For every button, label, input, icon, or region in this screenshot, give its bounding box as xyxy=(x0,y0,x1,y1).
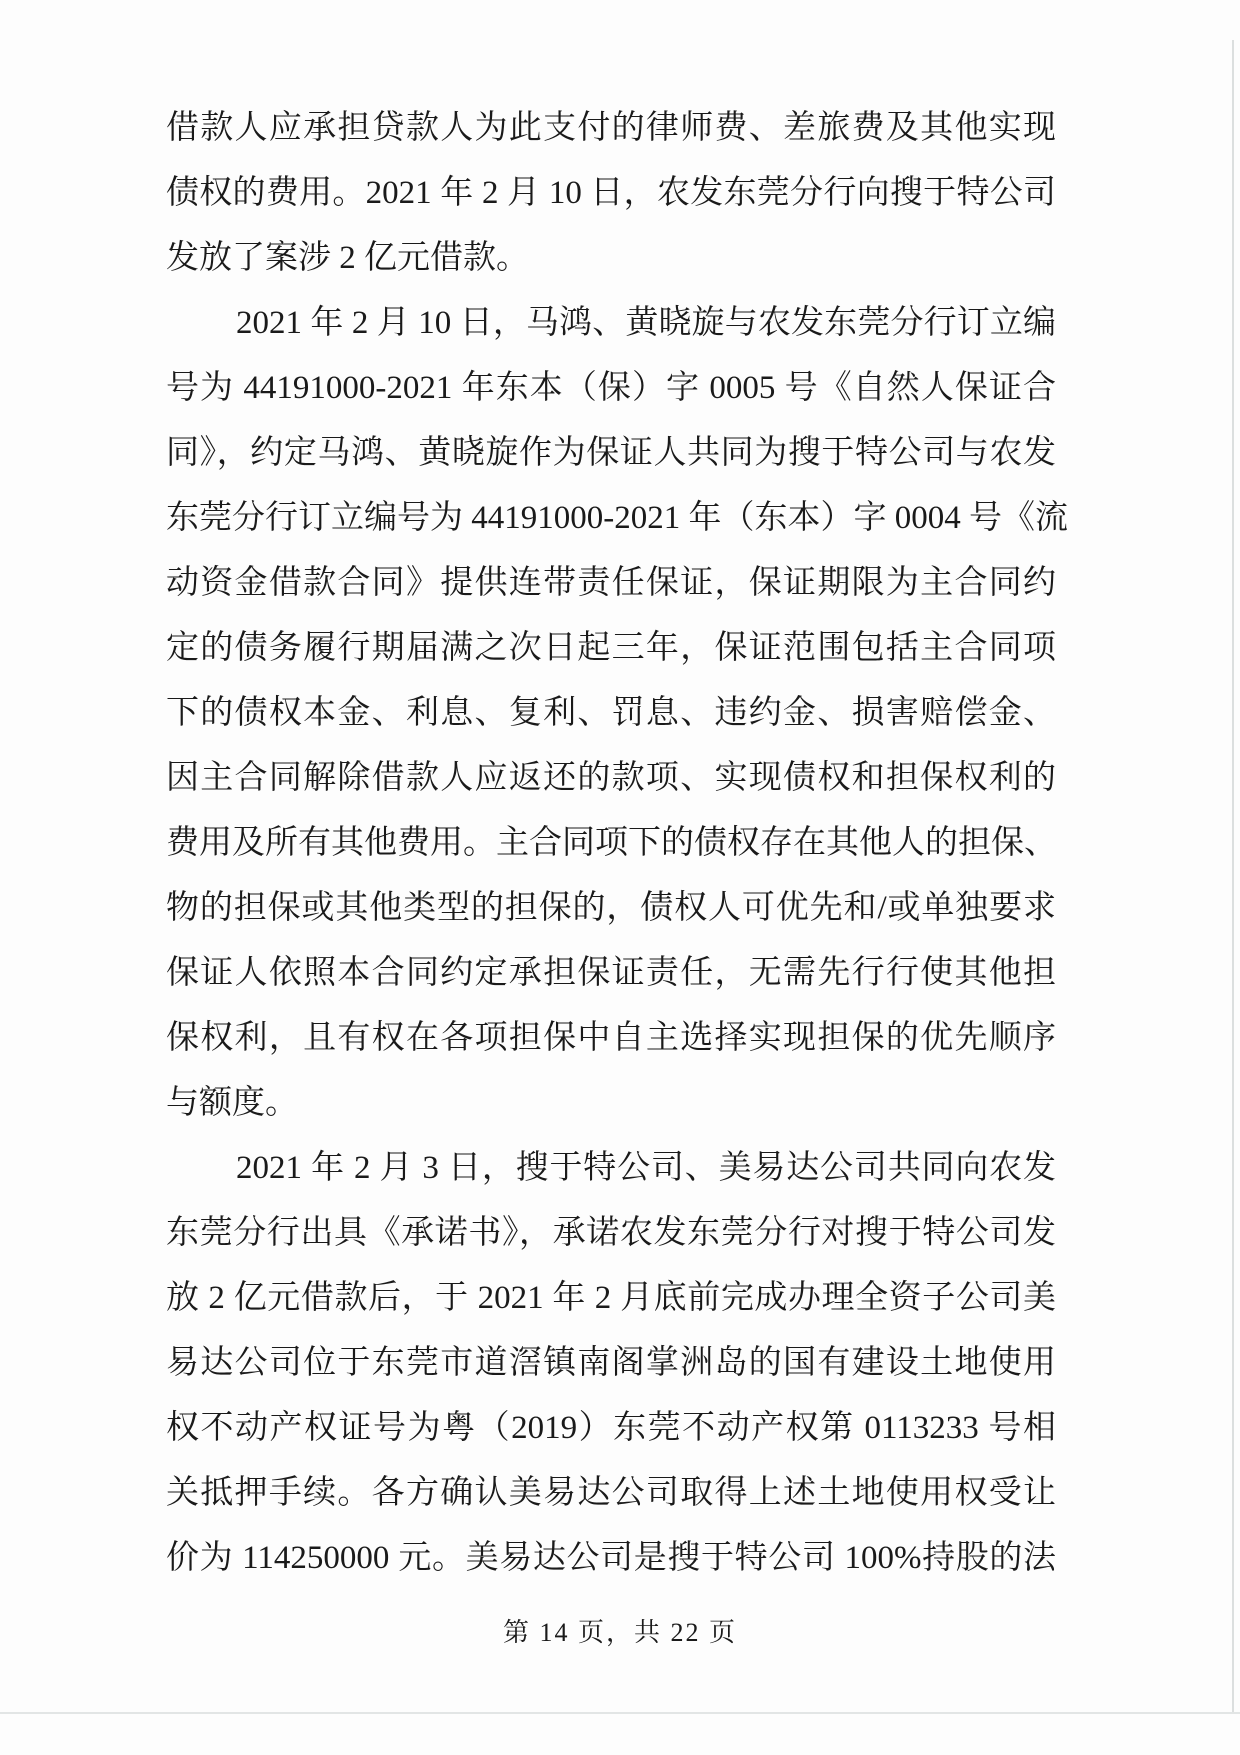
text-line: 因主合同解除借款人应返还的款项、实现债权和担保权利的 xyxy=(166,746,1056,811)
text-line: 价为 114250000 元。美易达公司是搜于特公司 100%持股的法 xyxy=(166,1526,1056,1591)
document-page: 借款人应承担贷款人为此支付的律师费、差旅费及其他实现 债权的费用。2021 年 … xyxy=(0,0,1240,1755)
text-line: 关抵押手续。各方确认美易达公司取得上述土地使用权受让 xyxy=(166,1461,1056,1526)
text-line: 2021 年 2 月 10 日，马鸿、黄晓旋与农发东莞分行订立编 xyxy=(166,291,1056,356)
text-line: 东莞分行订立编号为 44191000-2021 年（东本）字 0004 号《流 xyxy=(166,486,1056,551)
text-line: 放 2 亿元借款后，于 2021 年 2 月底前完成办理全资子公司美 xyxy=(166,1266,1056,1331)
text-line: 与额度。 xyxy=(166,1071,1056,1136)
page-number-footer: 第 14 页，共 22 页 xyxy=(0,1614,1240,1652)
text-line: 费用及所有其他费用。主合同项下的债权存在其他人的担保、 xyxy=(166,811,1056,876)
text-line: 权不动产权证号为粤（2019）东莞不动产权第 0113233 号相 xyxy=(166,1396,1056,1461)
text-line: 物的担保或其他类型的担保的，债权人可优先和/或单独要求 xyxy=(166,876,1056,941)
text-line: 保证人依照本合同约定承担保证责任，无需先行行使其他担 xyxy=(166,941,1056,1006)
scan-edge-horizontal-line xyxy=(0,1712,1240,1714)
scan-edge-vertical-line xyxy=(1232,40,1234,1714)
text-line: 动资金借款合同》提供连带责任保证，保证期限为主合同约 xyxy=(166,551,1056,616)
text-line: 发放了案涉 2 亿元借款。 xyxy=(166,226,1056,291)
text-line: 下的债权本金、利息、复利、罚息、违约金、损害赔偿金、 xyxy=(166,681,1056,746)
text-line: 同》，约定马鸿、黄晓旋作为保证人共同为搜于特公司与农发 xyxy=(166,421,1056,486)
text-line: 债权的费用。2021 年 2 月 10 日，农发东莞分行向搜于特公司 xyxy=(166,161,1056,226)
text-line: 借款人应承担贷款人为此支付的律师费、差旅费及其他实现 xyxy=(166,96,1056,161)
text-line: 易达公司位于东莞市道滘镇南阁掌洲岛的国有建设土地使用 xyxy=(166,1331,1056,1396)
text-line: 保权利，且有权在各项担保中自主选择实现担保的优先顺序 xyxy=(166,1006,1056,1071)
text-line: 号为 44191000-2021 年东本（保）字 0005 号《自然人保证合 xyxy=(166,356,1056,421)
judgment-body-text: 借款人应承担贷款人为此支付的律师费、差旅费及其他实现 债权的费用。2021 年 … xyxy=(166,96,1056,1591)
text-line: 定的债务履行期届满之次日起三年，保证范围包括主合同项 xyxy=(166,616,1056,681)
text-line: 东莞分行出具《承诺书》，承诺农发东莞分行对搜于特公司发 xyxy=(166,1201,1056,1266)
text-line: 2021 年 2 月 3 日，搜于特公司、美易达公司共同向农发 xyxy=(166,1136,1056,1201)
